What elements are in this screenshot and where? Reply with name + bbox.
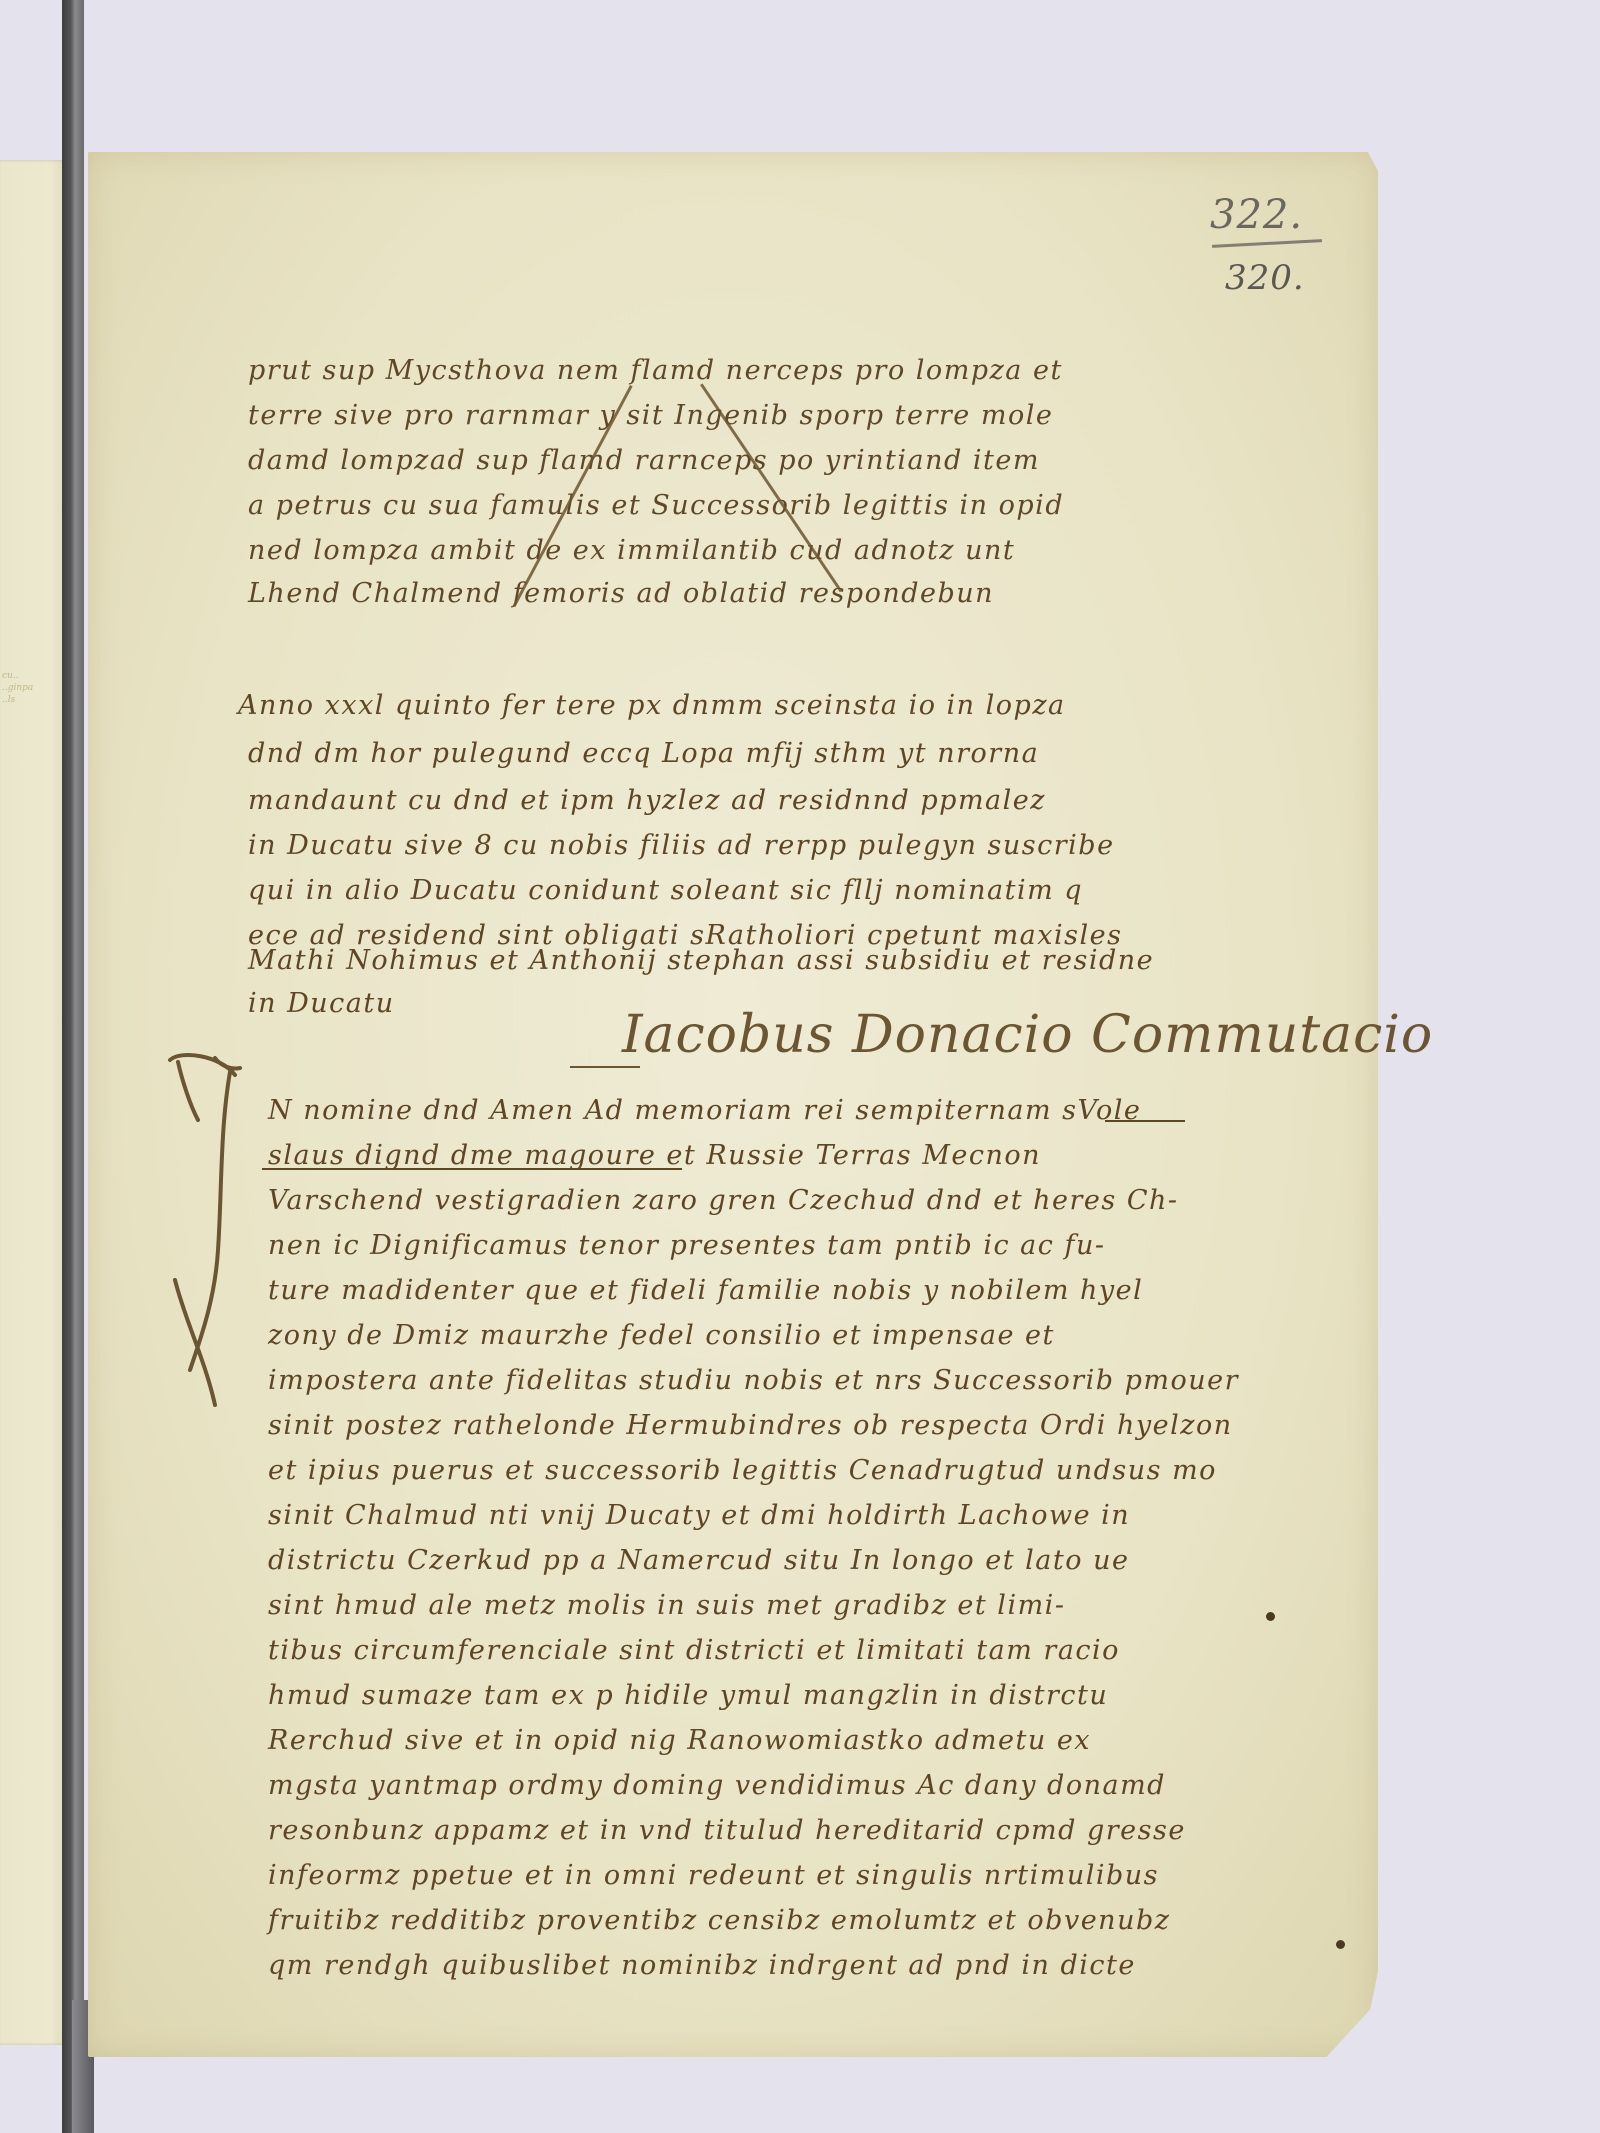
text-line: Mathi Nohimus et Anthonij stephan assi s… [248, 945, 1154, 976]
text-line: qm rendgh quibuslibet nominibz indrgent … [268, 1950, 1136, 1981]
text-line: nen ic Dignificamus tenor presentes tam … [268, 1230, 1105, 1261]
text-line: N nomine dnd Amen Ad memoriam rei sempit… [268, 1095, 1141, 1126]
text-line: Lhend Chalmend femoris ad oblatid respon… [248, 578, 994, 609]
text-line: damd lompzad sup flamd rarnceps po yrint… [248, 445, 1040, 476]
text-line: infeormz ppetue et in omni redeunt et si… [268, 1860, 1159, 1891]
text-line: sinit Chalmud nti vnij Ducaty et dmi hol… [268, 1500, 1130, 1531]
text-line: Anno xxxl quinto fer tere px dnmm sceins… [238, 690, 1066, 721]
text-line: mandaunt cu dnd et ipm hyzlez ad residnn… [248, 785, 1046, 816]
ink-dot [1336, 1940, 1345, 1949]
heading-swash [570, 1066, 640, 1068]
text-line: in Ducatu sive 8 cu nobis filiis ad rerp… [248, 830, 1115, 861]
underline [1105, 1120, 1185, 1122]
text-line: prut sup Mycsthova nem flamd nerceps pro… [248, 355, 1063, 386]
text-line: tibus circumferenciale sint districti et… [268, 1635, 1120, 1666]
text-line: zony de Dmiz maurzhe fedel consilio et i… [268, 1320, 1055, 1351]
margin-note-line: cu.. [2, 670, 62, 682]
text-line: dnd dm hor pulegund eccq Lopa mfij sthm … [248, 738, 1039, 769]
text-line: qui in alio Ducatu conidunt soleant sic … [248, 875, 1083, 906]
text-line: a petrus cu sua famulis et Successorib l… [248, 490, 1064, 521]
text-line: districtu Czerkud pp a Namercud situ In … [268, 1545, 1129, 1576]
text-line: et ipius puerus et successorib legittis … [268, 1455, 1217, 1486]
underline [262, 1168, 682, 1170]
text-line: hmud sumaze tam ex p hidile ymul mangzli… [268, 1680, 1108, 1711]
text-line: fruitibz redditibz proventibz censibz em… [268, 1905, 1170, 1936]
folio-number-current: 320. [1225, 258, 1305, 298]
left-margin-note: cu.. ..ginpa ..ls [2, 670, 62, 706]
text-line: ture madidenter que et fideli familie no… [268, 1275, 1143, 1306]
section-heading: Iacobus Donacio Commutacio [622, 1005, 1433, 1065]
margin-note-line: ..ginpa [2, 682, 62, 694]
text-line: sint hmud ale metz molis in suis met gra… [268, 1590, 1065, 1621]
text-line: Varschend vestigradien zaro gren Czechud… [268, 1185, 1179, 1216]
text-line: resonbunz appamz et in vnd titulud hered… [268, 1815, 1186, 1846]
text-line: sinit postez rathelonde Hermubindres ob … [268, 1410, 1233, 1441]
text-line: mgsta yantmap ordmy doming vendidimus Ac… [268, 1770, 1166, 1801]
ink-dot [1266, 1612, 1275, 1621]
text-line: terre sive pro rarnmar y sit Ingenib spo… [248, 400, 1053, 431]
margin-note-line: ..ls [2, 694, 62, 706]
text-line: ned lompza ambit de ex immilantib cud ad… [248, 535, 1015, 566]
folio-number-old: 322. [1210, 192, 1303, 238]
text-line: Rerchud sive et in opid nig Ranowomiastk… [268, 1725, 1091, 1756]
text-line: slaus dignd dme magoure et Russie Terras… [268, 1140, 1041, 1171]
text-line: impostera ante fidelitas studiu nobis et… [268, 1365, 1239, 1396]
text-line: in Ducatu [248, 988, 395, 1019]
decorated-initial-icon [160, 1050, 250, 1410]
book-gutter [62, 0, 84, 2133]
